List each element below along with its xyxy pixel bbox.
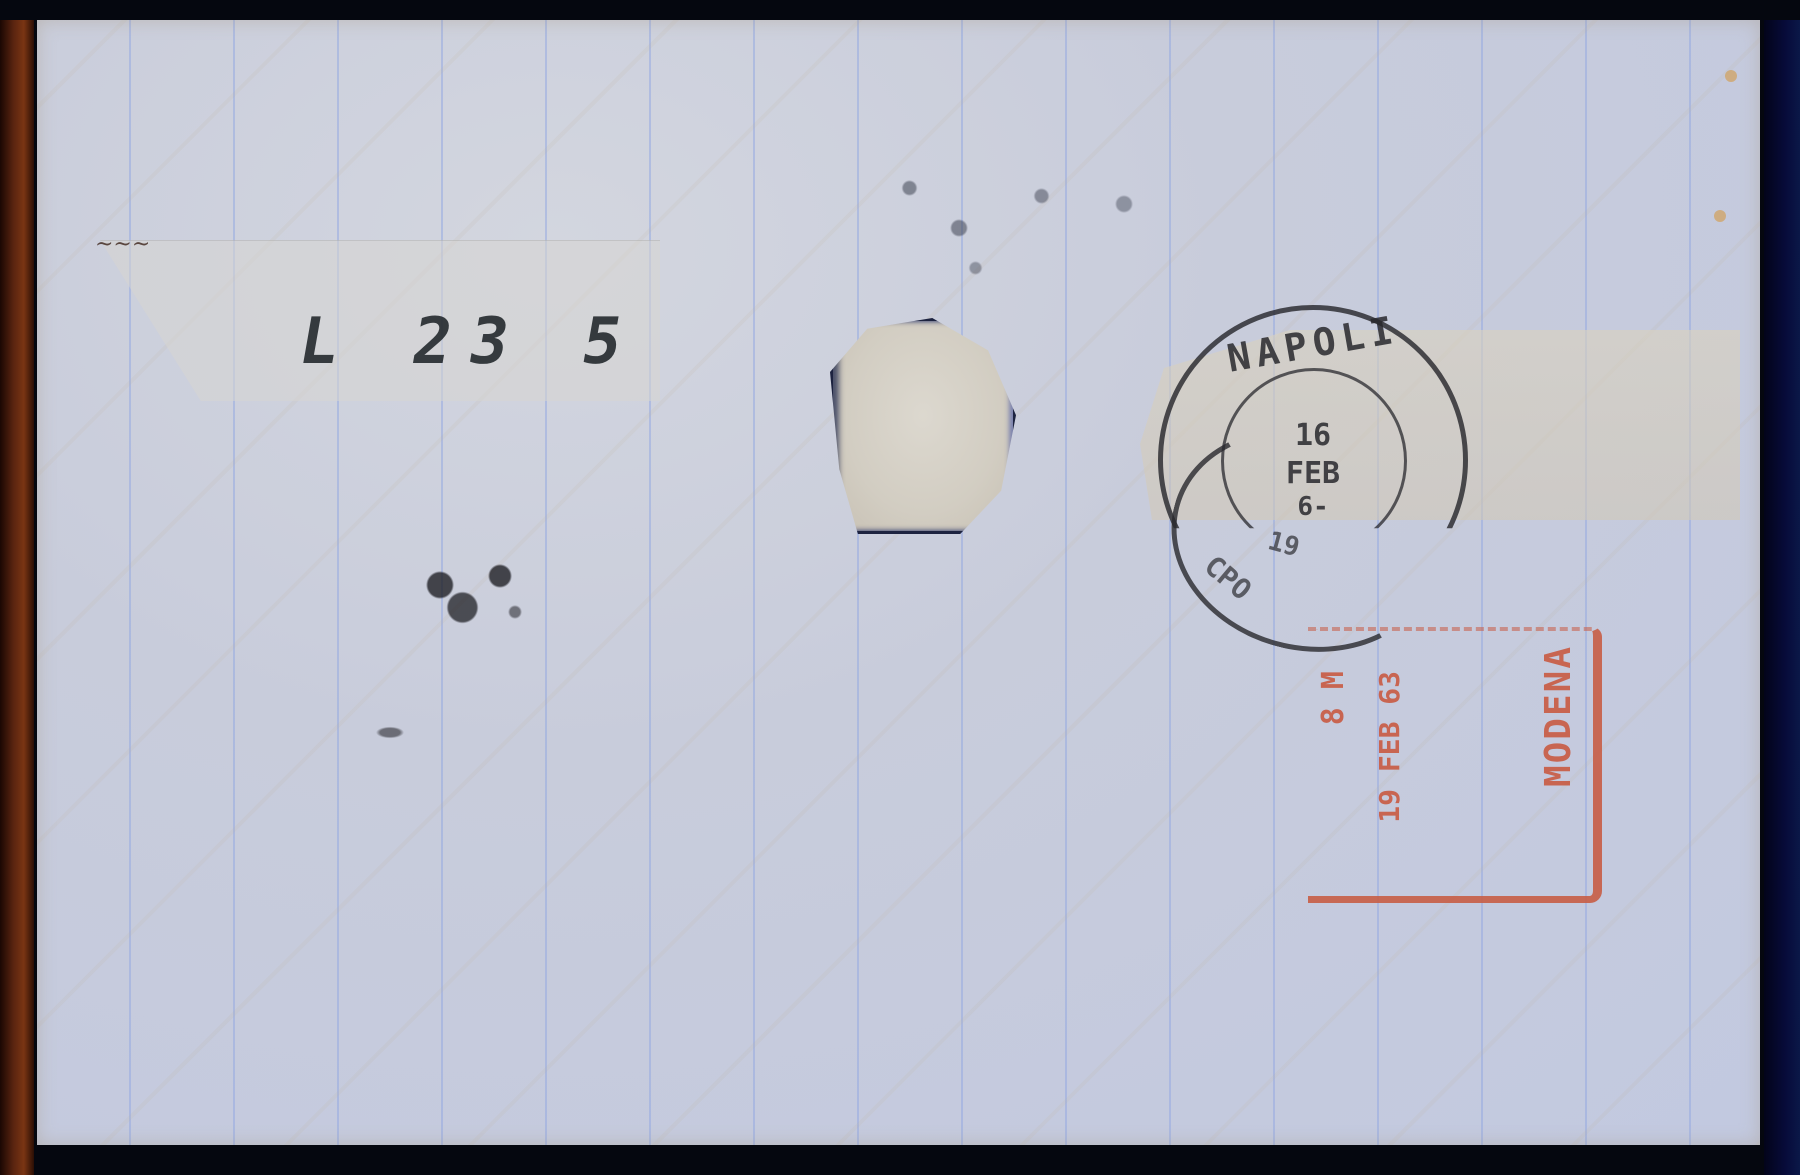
postmark-line2: CPO <box>1198 549 1258 607</box>
foxing-spot <box>1714 210 1726 222</box>
postmark-line1: 19 <box>1265 526 1303 563</box>
foxing-spot <box>1725 70 1737 82</box>
postmark-side-text: 8 M <box>1316 671 1351 725</box>
frame-left-edge <box>0 20 34 1175</box>
ink-smudge <box>395 540 545 630</box>
wax-seal-remnant <box>830 318 1016 534</box>
postmark-city: MODENA <box>1538 645 1579 787</box>
ink-marks-flap: L 23 5 <box>293 305 645 379</box>
offset-ink-marks <box>860 140 1190 300</box>
postmark-dates: 19 FEB 63 <box>1368 671 1498 823</box>
frame-right-edge <box>1764 20 1800 1175</box>
red-boxed-postmark: MODENA 19 FEB 63 8 M <box>1308 627 1602 903</box>
manuscript-marking: ~~~ <box>95 232 150 257</box>
ink-smudge-small <box>360 720 420 745</box>
